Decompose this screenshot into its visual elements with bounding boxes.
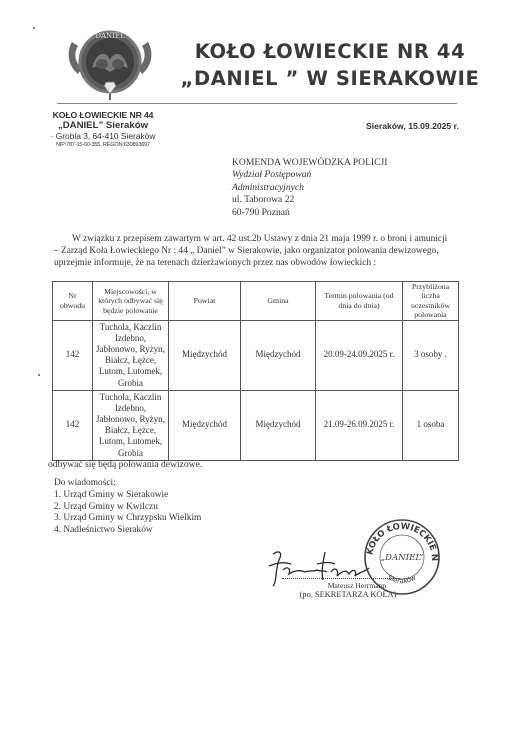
- stamp-icon: KOŁO ŁOWIECKIE Nr 44 „DANIEL” Sieraków: [360, 515, 444, 599]
- cell-liczba: 1 osoba: [403, 390, 459, 460]
- after-table-text: odbywać się będą polowania dewizowe.: [48, 459, 202, 470]
- addressee-line-5: 60-790 Poznań: [232, 207, 387, 219]
- cell-powiat: Międzychód: [169, 390, 241, 460]
- cell-places: Tuchola, Kaczlin Izdebno, Jabłonowo, Ryż…: [93, 390, 169, 460]
- org-address: · Grobla 3, 64-410 Sieraków: [38, 131, 168, 141]
- header-gmina: Gmina: [241, 282, 316, 321]
- cell-termin: 20.09-24.09.2025 r.: [316, 320, 403, 390]
- table-header-row: Nr obwodu Miejscowości, w których odbywa…: [53, 282, 459, 321]
- distribution-list: Do wiadomości: 1. Urząd Gminy w Sierakow…: [54, 478, 201, 537]
- title-line-1: KOŁO ŁOWIECKIE NR 44: [170, 38, 490, 65]
- document-date: Sieraków, 15.09.2025 r.: [366, 121, 459, 131]
- header-termin: Termin polowania (od dnia do dnia): [316, 282, 403, 321]
- cell-nr: 142: [53, 390, 93, 460]
- official-round-stamp: KOŁO ŁOWIECKIE Nr 44 „DANIEL” Sieraków: [360, 515, 444, 599]
- addressee-line-1: KOMENDA WOJEWÓDZKA POLICJI: [232, 157, 387, 169]
- org-stamp-block: KOŁO ŁOWIECKIE NR 44 „DANIEL” Sieraków ·…: [38, 110, 168, 149]
- addressee-line-2: Wydział Postępowań: [232, 169, 387, 181]
- scan-speck: [33, 27, 35, 29]
- cell-termin: 21.09-26.09.2025 r.: [316, 390, 403, 460]
- svg-text:„DANIEL”: „DANIEL”: [381, 553, 424, 563]
- org-name: KOŁO ŁOWIECKIE NR 44: [38, 110, 168, 120]
- org-short-name: „DANIEL” Sieraków: [38, 120, 168, 131]
- club-logo: DANIEL: [62, 22, 158, 102]
- distribution-heading: Do wiadomości:: [54, 478, 201, 490]
- addressee-line-3: Administracyjnych: [232, 182, 387, 194]
- distribution-item: 4. Nadleśnictwo Sieraków: [54, 525, 201, 537]
- body-paragraph: W związku z przepisem zawartym w art. 42…: [54, 233, 454, 270]
- title-line-2: „DANIEL ” W SIERAKOWIE: [170, 65, 490, 92]
- body-paragraph-text: W związku z przepisem zawartym w art. 42…: [54, 234, 447, 268]
- cell-gmina: Międzychód: [241, 390, 316, 460]
- cell-liczba: 3 osoby .: [403, 320, 459, 390]
- scan-speck: [38, 374, 40, 376]
- letterhead-title: KOŁO ŁOWIECKIE NR 44 „DANIEL ” W SIERAKO…: [170, 38, 490, 92]
- cell-places: Tuchola, Kaczlin Izdebno, Jabłonowo, Ryż…: [93, 320, 169, 390]
- header-nr-obwodu: Nr obwodu: [53, 282, 93, 321]
- header-liczba: Przybliżona liczba uczestników polowania: [403, 282, 459, 321]
- distribution-item: 1. Urząd Gminy w Sierakowie: [54, 490, 201, 502]
- svg-text:DANIEL: DANIEL: [95, 32, 125, 40]
- table-row: 142 Tuchola, Kaczlin Izdebno, Jabłonowo,…: [53, 320, 459, 390]
- org-ids: NIP:787-15-60-355, REGON:630893697: [38, 141, 168, 149]
- letterhead-divider: [57, 103, 457, 104]
- svg-text:Sieraków: Sieraków: [386, 573, 418, 585]
- distribution-item: 3. Urząd Gminy w Chrzypsku Wielkim: [54, 513, 201, 525]
- addressee-block: KOMENDA WOJEWÓDZKA POLICJI Wydział Postę…: [232, 157, 387, 219]
- header-powiat: Powiat: [169, 282, 241, 321]
- addressee-line-4: ul. Taborowa 22: [232, 194, 387, 206]
- cell-nr: 142: [53, 320, 93, 390]
- hunting-schedule-table: Nr obwodu Miejscowości, w których odbywa…: [52, 281, 459, 461]
- distribution-item: 2. Urząd Gminy w Kwilczu: [54, 502, 201, 514]
- cell-gmina: Międzychód: [241, 320, 316, 390]
- table-row: 142 Tuchola, Kaczlin Izdebno, Jabłonowo,…: [53, 390, 459, 460]
- header-miejscowosci: Miejscowości, w których odbywać się będz…: [93, 282, 169, 321]
- cell-powiat: Międzychód: [169, 320, 241, 390]
- deer-emblem-icon: DANIEL: [62, 22, 158, 102]
